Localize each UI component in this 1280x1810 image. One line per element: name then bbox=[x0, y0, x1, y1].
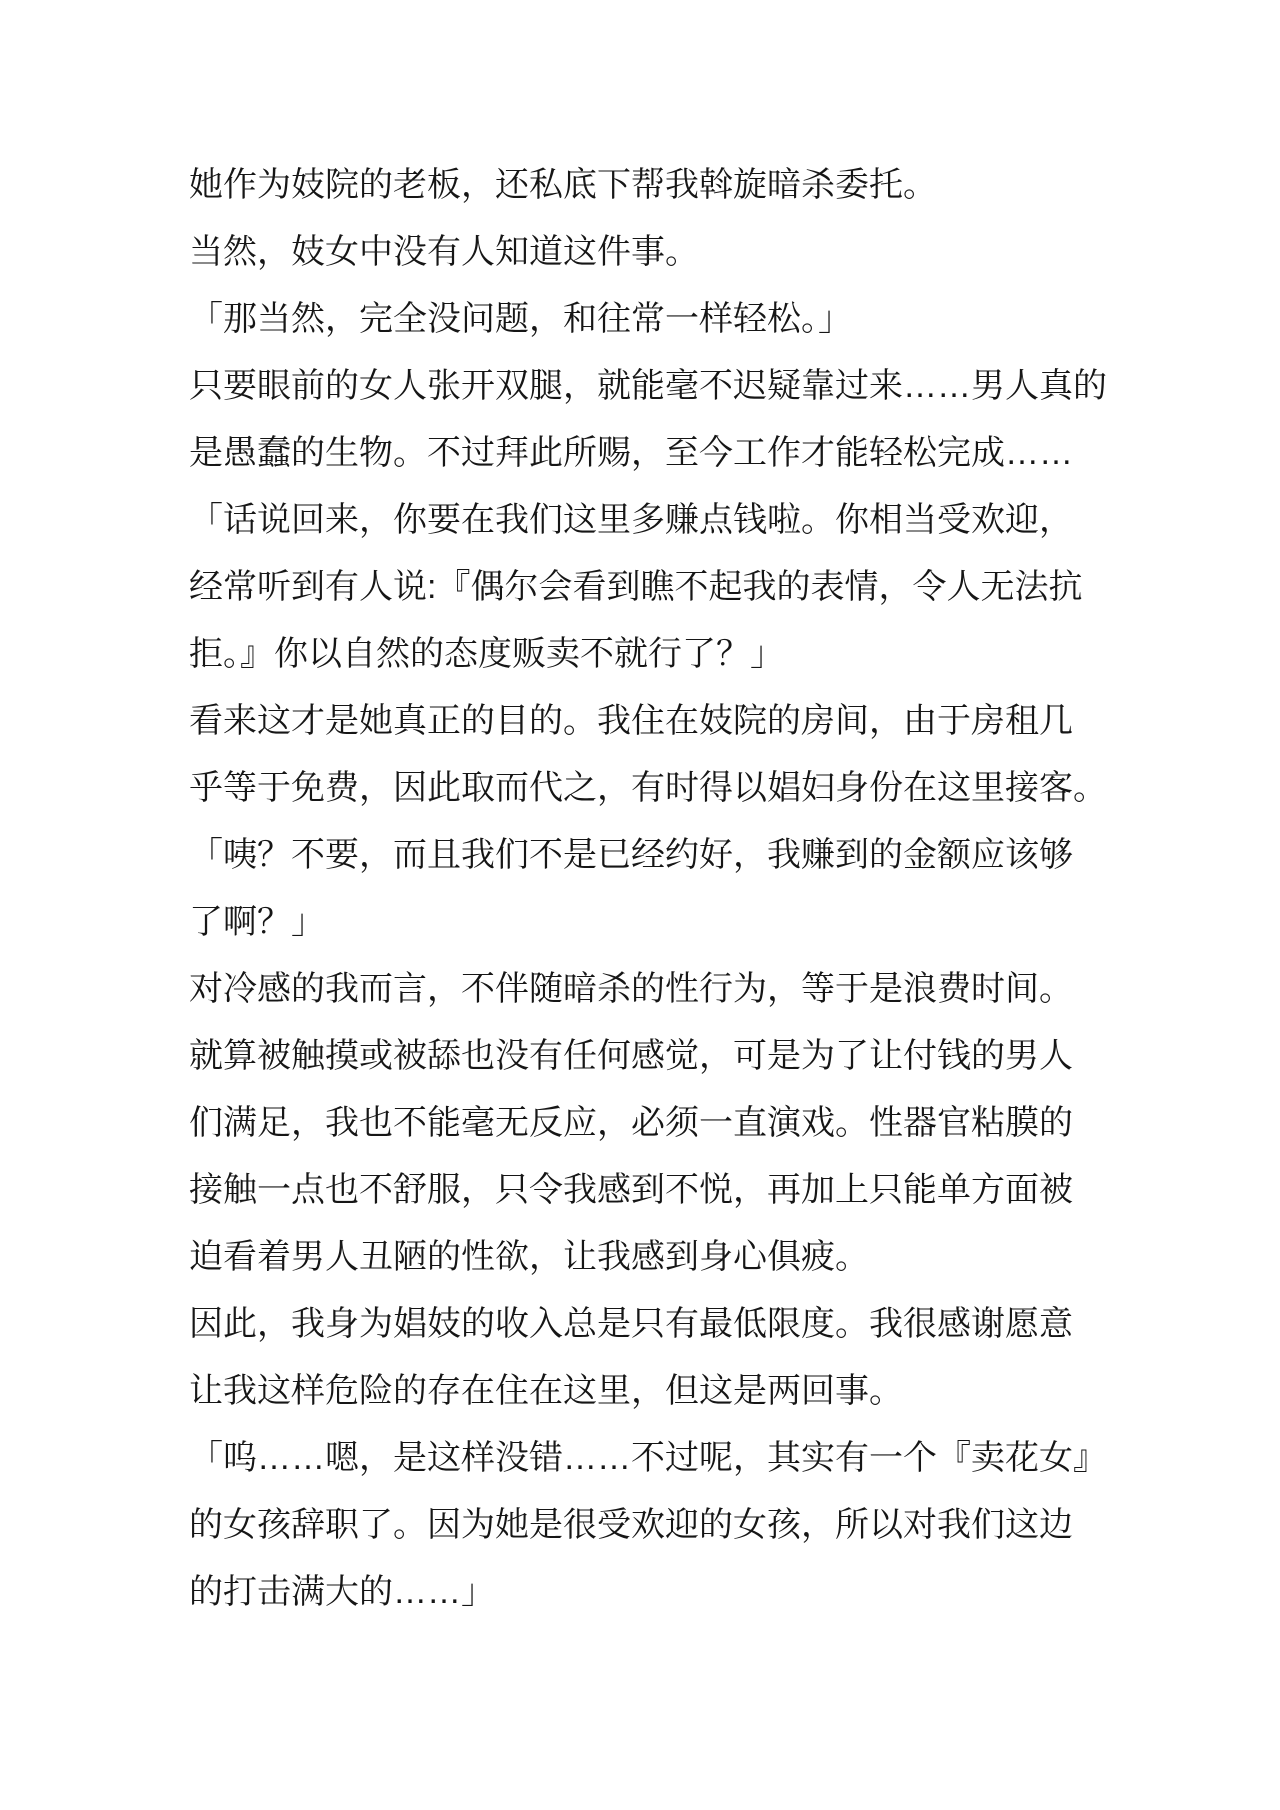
text-line: 乎等于免费，因此取而代之，有时得以娼妇身份在这里接客。 bbox=[189, 755, 1129, 822]
text-line: 对冷感的我而言，不伴随暗杀的性行为，等于是浪费时间。 bbox=[189, 956, 1129, 1023]
text-line: 当然，妓女中没有人知道这件事。 bbox=[189, 219, 1129, 286]
text-line: 看来这才是她真正的目的。我住在妓院的房间，由于房租几 bbox=[189, 688, 1129, 755]
text-line: 的女孩辞职了。因为她是很受欢迎的女孩，所以对我们这边 bbox=[189, 1492, 1129, 1559]
page-text: 她作为妓院的老板，还私底下帮我斡旋暗杀委托。 当然，妓女中没有人知道这件事。 「… bbox=[189, 152, 1129, 1626]
text-line: 「咦？不要，而且我们不是已经约好，我赚到的金额应该够 bbox=[189, 822, 1129, 889]
text-line: 就算被触摸或被舔也没有任何感觉，可是为了让付钱的男人 bbox=[189, 1023, 1129, 1090]
text-line: 接触一点也不舒服，只令我感到不悦，再加上只能单方面被 bbox=[189, 1157, 1129, 1224]
text-line: 拒。』你以自然的态度贩卖不就行了？」 bbox=[189, 621, 1129, 688]
text-line: 迫看着男人丑陋的性欲，让我感到身心俱疲。 bbox=[189, 1224, 1129, 1291]
document-page: 她作为妓院的老板，还私底下帮我斡旋暗杀委托。 当然，妓女中没有人知道这件事。 「… bbox=[0, 0, 1280, 1810]
text-line: 了啊？」 bbox=[189, 889, 1129, 956]
text-line: 「话说回来，你要在我们这里多赚点钱啦。你相当受欢迎， bbox=[189, 487, 1129, 554]
text-line: 是愚蠢的生物。不过拜此所赐，至今工作才能轻松完成…… bbox=[189, 420, 1129, 487]
text-line: 「呜……嗯，是这样没错……不过呢，其实有一个『卖花女』 bbox=[189, 1425, 1129, 1492]
text-line: 们满足，我也不能毫无反应，必须一直演戏。性器官粘膜的 bbox=[189, 1090, 1129, 1157]
text-line: 「那当然，完全没问题，和往常一样轻松。」 bbox=[189, 286, 1129, 353]
text-line: 她作为妓院的老板，还私底下帮我斡旋暗杀委托。 bbox=[189, 152, 1129, 219]
text-line: 只要眼前的女人张开双腿，就能毫不迟疑靠过来……男人真的 bbox=[189, 353, 1129, 420]
text-line: 的打击满大的……」 bbox=[189, 1559, 1129, 1626]
text-line: 让我这样危险的存在住在这里，但这是两回事。 bbox=[189, 1358, 1129, 1425]
text-line: 因此，我身为娼妓的收入总是只有最低限度。我很感谢愿意 bbox=[189, 1291, 1129, 1358]
text-line: 经常听到有人说:『偶尔会看到瞧不起我的表情，令人无法抗 bbox=[189, 554, 1129, 621]
